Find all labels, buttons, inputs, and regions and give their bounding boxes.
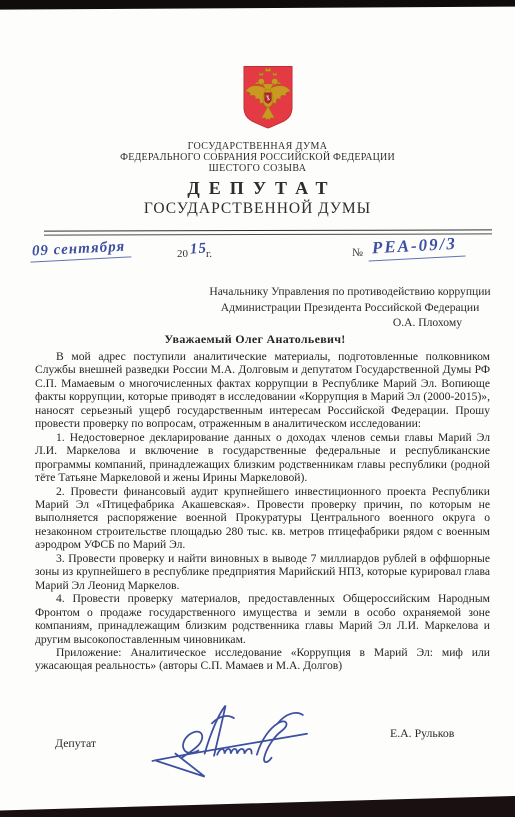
org-name-line3: ШЕСТОГО СОЗЫВА xyxy=(0,163,515,174)
post-title: ДЕПУТАТ xyxy=(0,178,515,199)
salutation: Уважаемый Олег Анатольевич! xyxy=(0,332,510,347)
printed-year-suffix: г. xyxy=(206,248,212,260)
handwritten-date: 09 сентября xyxy=(30,238,132,262)
request-item-4: 4. Провести проверку материалов, предост… xyxy=(35,592,490,646)
coat-of-arms-icon xyxy=(240,64,296,130)
addressee-name: О.А. Плохому xyxy=(190,315,510,331)
request-item-1: 1. Недостоверное декларирование данных о… xyxy=(35,431,490,485)
document-number-sign: № xyxy=(352,247,363,259)
org-name-line2: ФЕДЕРАЛЬНОГО СОБРАНИЯ РОССИЙСКОЙ ФЕДЕРАЦ… xyxy=(0,152,515,163)
request-item-3: 3. Провести проверку и найти виновных в … xyxy=(35,552,490,592)
attachment-paragraph: Приложение: Аналитическое исследование «… xyxy=(35,646,490,673)
org-name-line1: ГОСУДАРСТВЕННАЯ ДУМА xyxy=(0,141,515,152)
scanner-edge-bottom xyxy=(0,790,515,817)
signer-name: Е.А. Рульков xyxy=(390,726,454,741)
addressee-line2: Администрации Президента Российской Феде… xyxy=(190,300,510,316)
handwritten-year: 15 xyxy=(189,240,207,258)
handwritten-signature xyxy=(142,700,330,778)
scanner-edge-top xyxy=(0,0,515,12)
signer-position: Депутат xyxy=(55,736,96,751)
intro-paragraph: В мой адрес поступили аналитические мате… xyxy=(35,350,490,431)
request-item-2: 2. Провести финансовый аудит крупнейшего… xyxy=(35,485,490,552)
handwritten-document-number: РЕА-09/3 xyxy=(367,233,465,261)
printed-year-prefix: 20 xyxy=(177,248,188,260)
scanned-letter-page: ГОСУДАРСТВЕННАЯ ДУМА ФЕДЕРАЛЬНОГО СОБРАН… xyxy=(0,0,515,817)
signature-row: Депутат Е.А. Рульков xyxy=(0,700,515,780)
post-subtitle: ГОСУДАРСТВЕННОЙ ДУМЫ xyxy=(0,200,515,218)
addressee-line1: Начальнику Управления по противодействию… xyxy=(190,284,510,300)
addressee-block: Начальнику Управления по противодействию… xyxy=(190,284,510,331)
letter-body: В мой адрес поступили аналитические мате… xyxy=(35,350,490,673)
